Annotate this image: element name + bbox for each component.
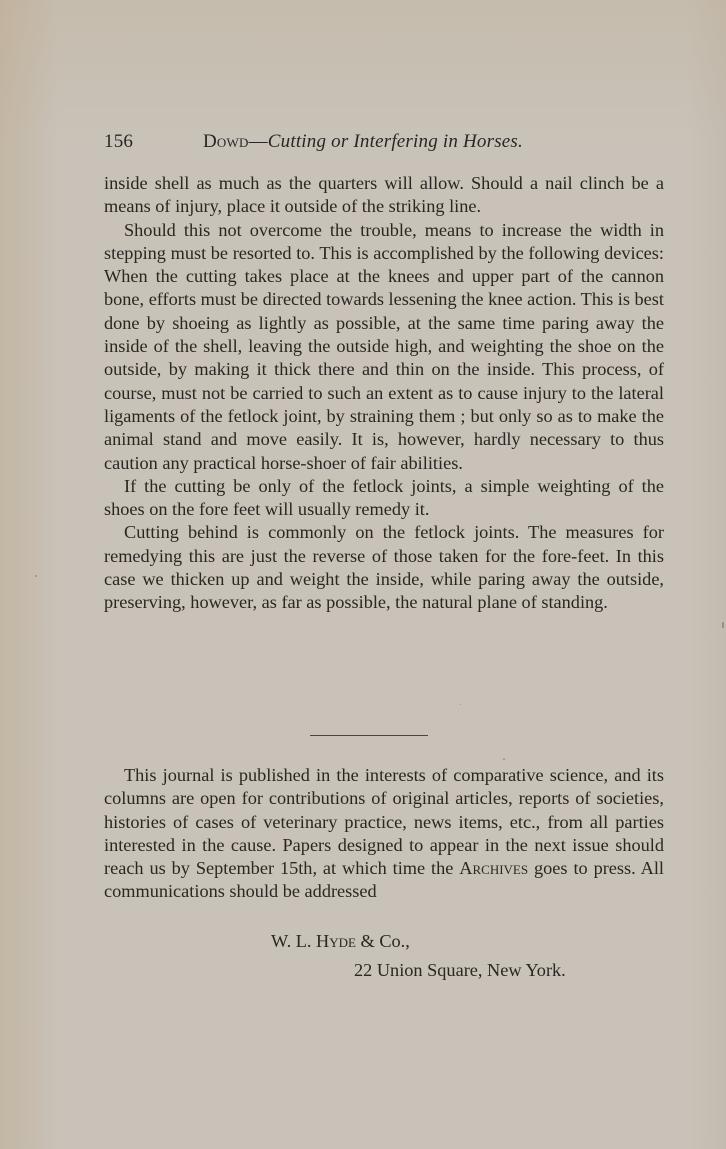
publisher-initials: W. L. (271, 931, 316, 951)
paragraph: Cutting behind is commonly on the fetloc… (104, 521, 664, 614)
journal-name-archives: Archives (459, 858, 528, 878)
publisher-address: 22 Union Square, New York. (354, 959, 566, 982)
publisher-name: W. L. Hyde & Co., (271, 930, 410, 953)
paper-speck (35, 575, 37, 577)
article-body: inside shell as much as the quarters wil… (104, 172, 664, 615)
document-page: 156 Dowd—Cutting or Interfering in Horse… (0, 0, 726, 1149)
paper-speck (722, 622, 724, 628)
publisher-company: & Co., (356, 931, 410, 951)
paragraph-continuation: inside shell as much as the quarters wil… (104, 172, 664, 219)
publisher-notice: This journal is published in the interes… (104, 764, 664, 904)
title-separator: — (249, 131, 268, 152)
paragraph: Should this not overcome the trouble, me… (104, 219, 664, 475)
author-name: Dowd (203, 131, 249, 152)
paper-speck (460, 704, 461, 705)
publisher-surname: Hyde (316, 931, 356, 951)
article-title: Cutting or Interfering in Horses. (268, 131, 523, 152)
section-divider (310, 735, 428, 736)
page-number: 156 (104, 130, 133, 154)
running-title: Dowd—Cutting or Interfering in Horses. (203, 130, 523, 154)
paragraph: If the cutting be only of the fetlock jo… (104, 475, 664, 522)
notice-paragraph: This journal is published in the interes… (104, 764, 664, 904)
paper-speck (503, 758, 505, 760)
